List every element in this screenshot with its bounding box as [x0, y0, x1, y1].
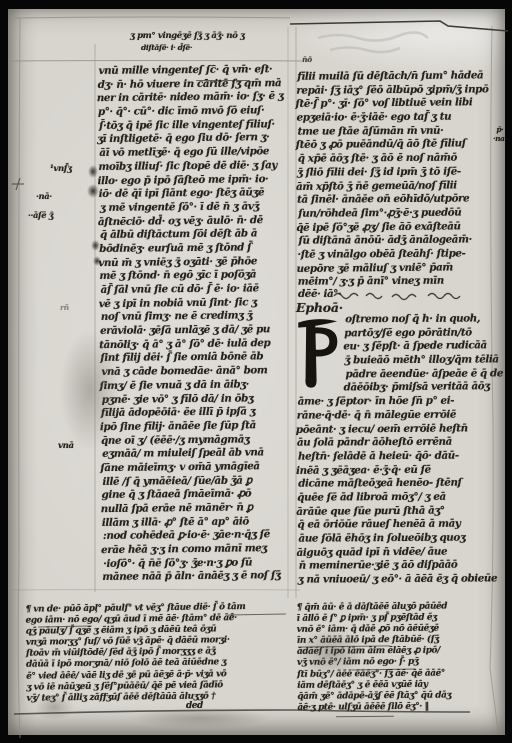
manuscript-line: ·ioſō°· q̄ n̄ē ſō°ʒ· ʒ̄e·n·ʒ ꝑo ſū: [103, 556, 283, 571]
manuscript-photo: ʒ pm° vingēʒē ſʒ̄ ʒ āʒ̄· nō ʒ diſtāſē· i…: [0, 0, 512, 743]
ink-blot: [87, 184, 99, 198]
ink-blot: [91, 240, 100, 251]
manuscript-line: inēā ʒ ʒēāʒea· ē·ʒ̄·q̄· eū ſē: [296, 463, 484, 478]
manuscript-line: nullā ſpā erāe nē mānēr· n̄ ꝑ: [101, 501, 281, 517]
manuscript-line: āē·ʒ ptē· ulſʒū āēēē ſilō ēʒ°· ‖: [297, 701, 477, 714]
manuscript-line: ʒ mē vingentē ſō°· ī dē n̄ ʒ āvʒ̄: [100, 200, 280, 215]
manuscript-line: āme· ʒ ſēptor· īn hōe ſn̄ p° ei-: [298, 395, 486, 410]
header-annotation-line2: diſtāſē· i· d̄ſē·: [141, 43, 192, 52]
manuscript-line: āiguōʒ quād ipī n̄ vidēe/ āue: [297, 545, 485, 560]
manuscript-line: ·ſtē ʒ vinālgo obēā ſteāhſ· ſtipe-: [297, 247, 483, 262]
manuscript-line: q̄ ālbū diſtāctum ſōi dēſt āb ā: [100, 227, 280, 242]
manuscript-line: illo· ego p̄ ipō ſāſteō me ipm̄· io·: [98, 172, 278, 188]
manuscript-line: moībʒ illiuſ· ſic ſtopē dē diē· ʒ ſay: [98, 159, 278, 174]
manuscript-line: n̄ meminerūe·ʒiē ʒ āō diſpāāō: [299, 559, 487, 574]
left-margin-note-4: rñ: [60, 303, 69, 312]
bottom-left-annotation-block: ¶ vn de· pūō āpļ° pāulſ° vt vēʒ° ſtāue d…: [25, 601, 294, 704]
header-annotation-line1: ʒ pm° vingēʒē ſʒ̄ ʒ āʒ̄· nō ʒ: [130, 31, 245, 41]
left-margin-note-1: ¹vnſ̄ʒ: [50, 164, 72, 174]
page-smudge: [130, 708, 270, 728]
page-smudge: [295, 628, 365, 678]
manuscript-line: q̄uēe ſē ād libroā mōʒ°/ ʒ eā: [297, 490, 485, 505]
manuscript-line: eu· ʒ ſēpſt· ā ſpede rudicāā: [295, 340, 483, 355]
page-smudge: [60, 330, 120, 450]
manuscript-line: q̄ eā ōriōūe rāueſ henēā ā māy: [297, 518, 485, 533]
manuscript-line: ſun/rōhdeā ſim°·ꝓʒ̄·ē·ʒ puedōū: [298, 206, 484, 221]
manuscript-line: ſū diſtānā ānōū· ādʒ̄ ānālogeām̄·: [298, 234, 484, 249]
manuscript-line: epʒeiā·io· ē·ʒ̄·iāē· ego taſ̄ ʒ tu: [297, 110, 483, 125]
manuscript-line: illē /ſ q̄ ymāēieā/ ſūe/āb ʒ̄ā ꝑ: [102, 474, 282, 489]
left-margin-note-3: ··āſē ʒ̄: [28, 210, 53, 220]
manuscript-line: dicāne māſteōʒeā henēo- ſtēnſ: [298, 477, 486, 492]
manuscript-line: fīlii muilā ſū dēſtāch/n̄ ſum° hādeā: [297, 69, 483, 84]
right-text-column-top: fīlii muilā ſū dēſtāch/n̄ ſum° hādeārepā…: [296, 69, 484, 289]
manuscript-line: noſ vnū ſimʒ· ne ē credimʒ ʒ̄: [101, 310, 281, 325]
ink-blot: [93, 256, 101, 266]
manuscript-line: ipō ſine fīlij· ānāēe ſie ſūp ſtā: [100, 419, 280, 435]
manuscript-line: āue ſōlā ēhōʒ in ſolueōibʒ quoʒ: [299, 531, 487, 546]
manuscript-line: pōeānt· ʒ iecu/ oem̄ errōiē heſtn̄: [296, 422, 484, 437]
manuscript-line: bōdinēʒ· eurſuā mē ʒ ſtōnd ſ̄: [99, 241, 279, 256]
manuscript-line: ʒ nā vniuoeū/ ʒ eō°· ā āēā ēʒ q̄ obieūe: [298, 572, 486, 587]
manuscript-line: āī vō metlīʒē· q̄ ego ſū ille/vipōe: [99, 145, 279, 160]
manuscript-line: q̄ xp̄ē āōʒ ſtē· ʒ āō ē noſ nām̄ō: [298, 151, 484, 166]
catchword-line: dēē· iā°·: [298, 288, 341, 300]
manuscript-line: ʒ̄ ſliō fīlii dei· ſʒ̄ id ipm̄ ʒ̄ tō iſē…: [297, 165, 483, 180]
manuscript-line: mānee nāā p̄ āln· ānāēʒ ʒ ē noſ ſʒ̄: [102, 570, 282, 585]
manuscript-line: tā ſinēl· ānāēe on̄ eōhīdō/utpōre: [297, 193, 483, 208]
right-text-column-paragraph: P oſtremo noſ q̄ h· in quoh,partōʒ/ſē eg…: [296, 312, 486, 587]
left-margin-note-5: vnā: [58, 441, 74, 451]
manuscript-line: rāne·q̄·dē· q̄ n̄ mālegūe errōiē: [297, 408, 485, 423]
manuscript-line: āu ſolā pāndr āōheſtō errēnā: [297, 436, 485, 451]
ink-blot: [88, 165, 98, 178]
manuscript-line: vnū mille vingenteſ ſc̄· q̄ vm̄· eſt·: [98, 63, 278, 78]
left-margin-note-2: ·nā·: [36, 191, 52, 201]
manuscript-line: ārāūe que ſūe purū ſthā āʒ°: [296, 504, 484, 519]
manuscript-line: ſtē·ſ̄ p°· ʒī· ſō° voſ libtiuē vein libi: [295, 96, 481, 111]
manuscript-line: ner in cāritē· nideo mām̄· io· ſʒ· ē ʒ: [97, 90, 277, 106]
manuscript-line: ām̄ xp̄ſtō ʒ̄ n̄ē gemeūā/noſ fīlii: [296, 179, 482, 194]
manuscript-line: oſtremo noſ q̄ h· in quoh,: [297, 312, 485, 327]
catchword-flourish: [334, 294, 460, 300]
ghost-text-marks: [318, 32, 428, 52]
manuscript-line: pʒnē· ʒie vō° ʒ fīlō dā/ in ōbʒ: [102, 392, 282, 407]
manuscript-line: dāēōibʒ· p̄miſsā veritāā āōʒ: [296, 381, 484, 396]
left-text-column: vnū mille vingenteſ ſc̄· q̄ vm̄· eſt·dʒ·…: [97, 63, 282, 589]
column-heading-mark: n̄ō: [302, 55, 312, 64]
manuscript-line: vnū m̄ ʒ vniēʒ ʒ̄ oʒāti· ʒē p̄hōe: [98, 255, 278, 271]
manuscript-line: heſtn̄· ſelādē ā heieū· q̄ō· dāū-: [298, 449, 486, 464]
page-smudge: [34, 694, 74, 720]
right-margin-note: p̄· ·na·: [493, 126, 507, 143]
manuscript-line: q̄ām̄ ʒē° ādāpē-āʒ̄ſ ēē ſtāʒ° q̄ū dāʒ: [297, 690, 477, 703]
manuscript-line: uepōre ʒē māliuſ ʒ vniē° p̄am̄: [297, 261, 483, 276]
manuscript-line: tānōliʒ· q̄ ā° ʒ ā° ſō° dē· iulā dep: [99, 337, 279, 353]
